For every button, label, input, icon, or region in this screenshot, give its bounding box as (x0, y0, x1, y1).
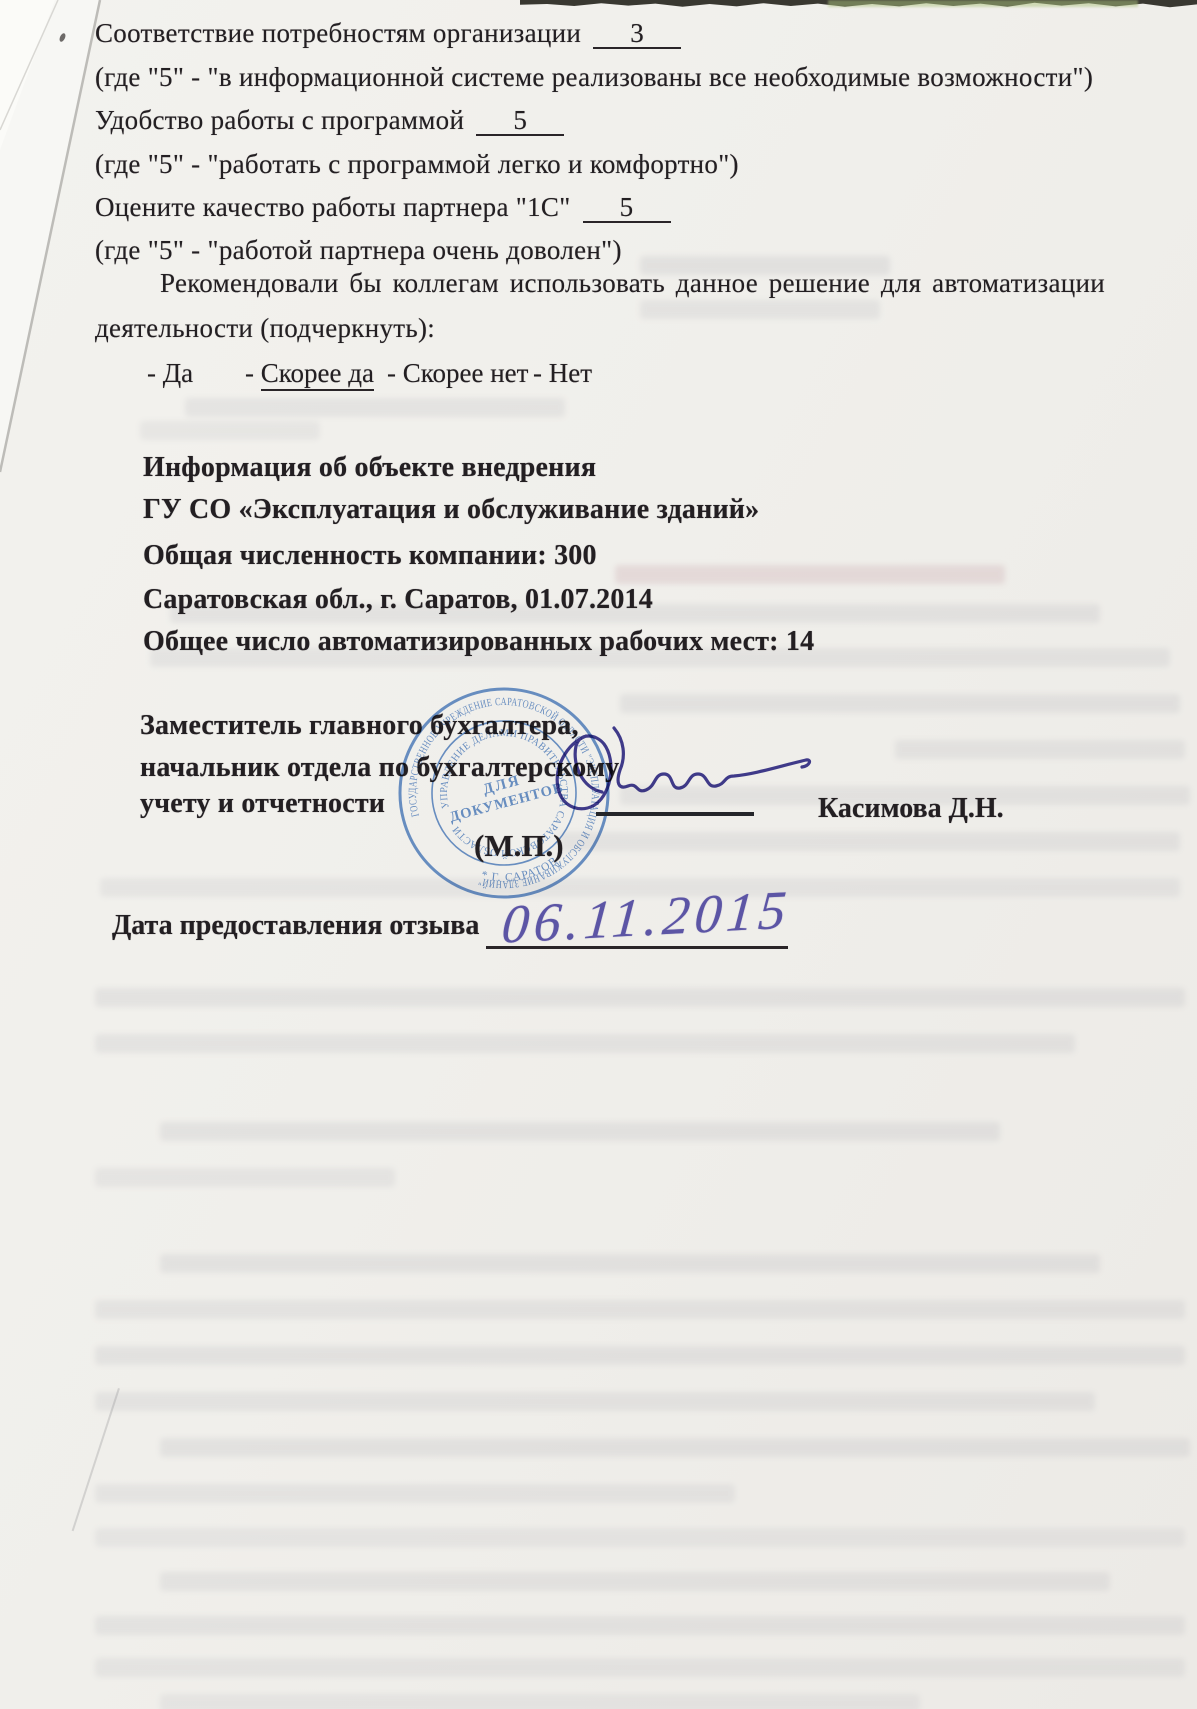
bleed-line (95, 1658, 1185, 1677)
rating-value: 3 (630, 18, 644, 48)
recommend-question-line2: деятельности (подчеркнуть): (95, 313, 435, 344)
rating-value: 5 (620, 192, 634, 222)
rating-value: 5 (513, 105, 527, 135)
bleed-line (95, 988, 1185, 1007)
rating-line-partner: Оцените качество работы партнера "1С"5 (95, 192, 671, 223)
bleed-line (95, 1346, 1185, 1365)
bleed-line (185, 398, 565, 417)
bleed-line (160, 1254, 1100, 1273)
bleed-line (895, 740, 1185, 759)
bleed-line (140, 421, 320, 440)
bleed-line (160, 1438, 1190, 1457)
bleed-line (160, 1122, 1000, 1141)
option-rather-yes: - Скорее да (245, 358, 374, 389)
option-rather-no: - Скорее нет (387, 358, 528, 389)
bleed-line (95, 1528, 1185, 1547)
bleed-line (95, 1616, 1185, 1635)
rating-value-underline: 5 (583, 193, 671, 223)
bleed-line (95, 1392, 1095, 1411)
option-no: - Нет (533, 358, 592, 389)
bleed-line (160, 1572, 1110, 1591)
bleed-line (160, 1694, 920, 1709)
signer-name: Касимова Д.Н. (818, 793, 1004, 825)
bleed-line (560, 832, 1180, 851)
bleed-line (95, 1168, 395, 1187)
option-rather-yes-underlined-label: Скорее да (261, 358, 374, 391)
info-organization: ГУ СО «Эксплуатация и обслуживание здани… (143, 494, 759, 526)
bleed-line (95, 1484, 735, 1503)
rating-value-underline: 3 (593, 19, 681, 49)
rating-scale-note: (где "5" - "работой партнера очень довол… (95, 235, 622, 266)
rating-label: Удобство работы с программой (95, 105, 464, 135)
rating-scale-note: (где "5" - "работать с программой легко … (95, 149, 739, 180)
rating-line-fit: Соответствие потребностям организации3 (95, 18, 681, 49)
option-yes: - Да (147, 358, 193, 389)
bleed-line (95, 1300, 1185, 1319)
info-location-date: Саратовская обл., г. Саратов, 01.07.2014 (143, 584, 653, 616)
rating-value-underline: 5 (476, 106, 564, 136)
bleed-line (640, 300, 880, 319)
handwritten-signature (552, 724, 818, 824)
info-headcount: Общая численность компании: 300 (143, 540, 597, 572)
bleed-line (620, 694, 1180, 713)
bleed-line (95, 1034, 1075, 1053)
stamp-placeholder-mp: (М.П.) (474, 828, 564, 864)
signature-underline (596, 812, 754, 816)
review-date-label: Дата предоставления отзыва (112, 910, 479, 942)
info-block-title: Информация об объекте внедрения (143, 452, 596, 484)
rating-label: Соответствие потребностям организации (95, 18, 581, 48)
rating-line-usability: Удобство работы с программой5 (95, 105, 564, 136)
signer-position-line3: учету и отчетности (140, 788, 385, 820)
info-workstations: Общее число автоматизированных рабочих м… (143, 626, 814, 658)
recommend-question-line1: Рекомендовали бы коллегам использовать д… (160, 268, 1105, 299)
scanned-document-page: Соответствие потребностям организации3 (… (0, 0, 1197, 1709)
rating-scale-note: (где "5" - "в информационной системе реа… (95, 62, 1093, 93)
bleed-line (615, 565, 1005, 584)
rating-label: Оцените качество работы партнера "1С" (95, 192, 571, 222)
scan-edge-green-tint (828, 0, 1138, 7)
